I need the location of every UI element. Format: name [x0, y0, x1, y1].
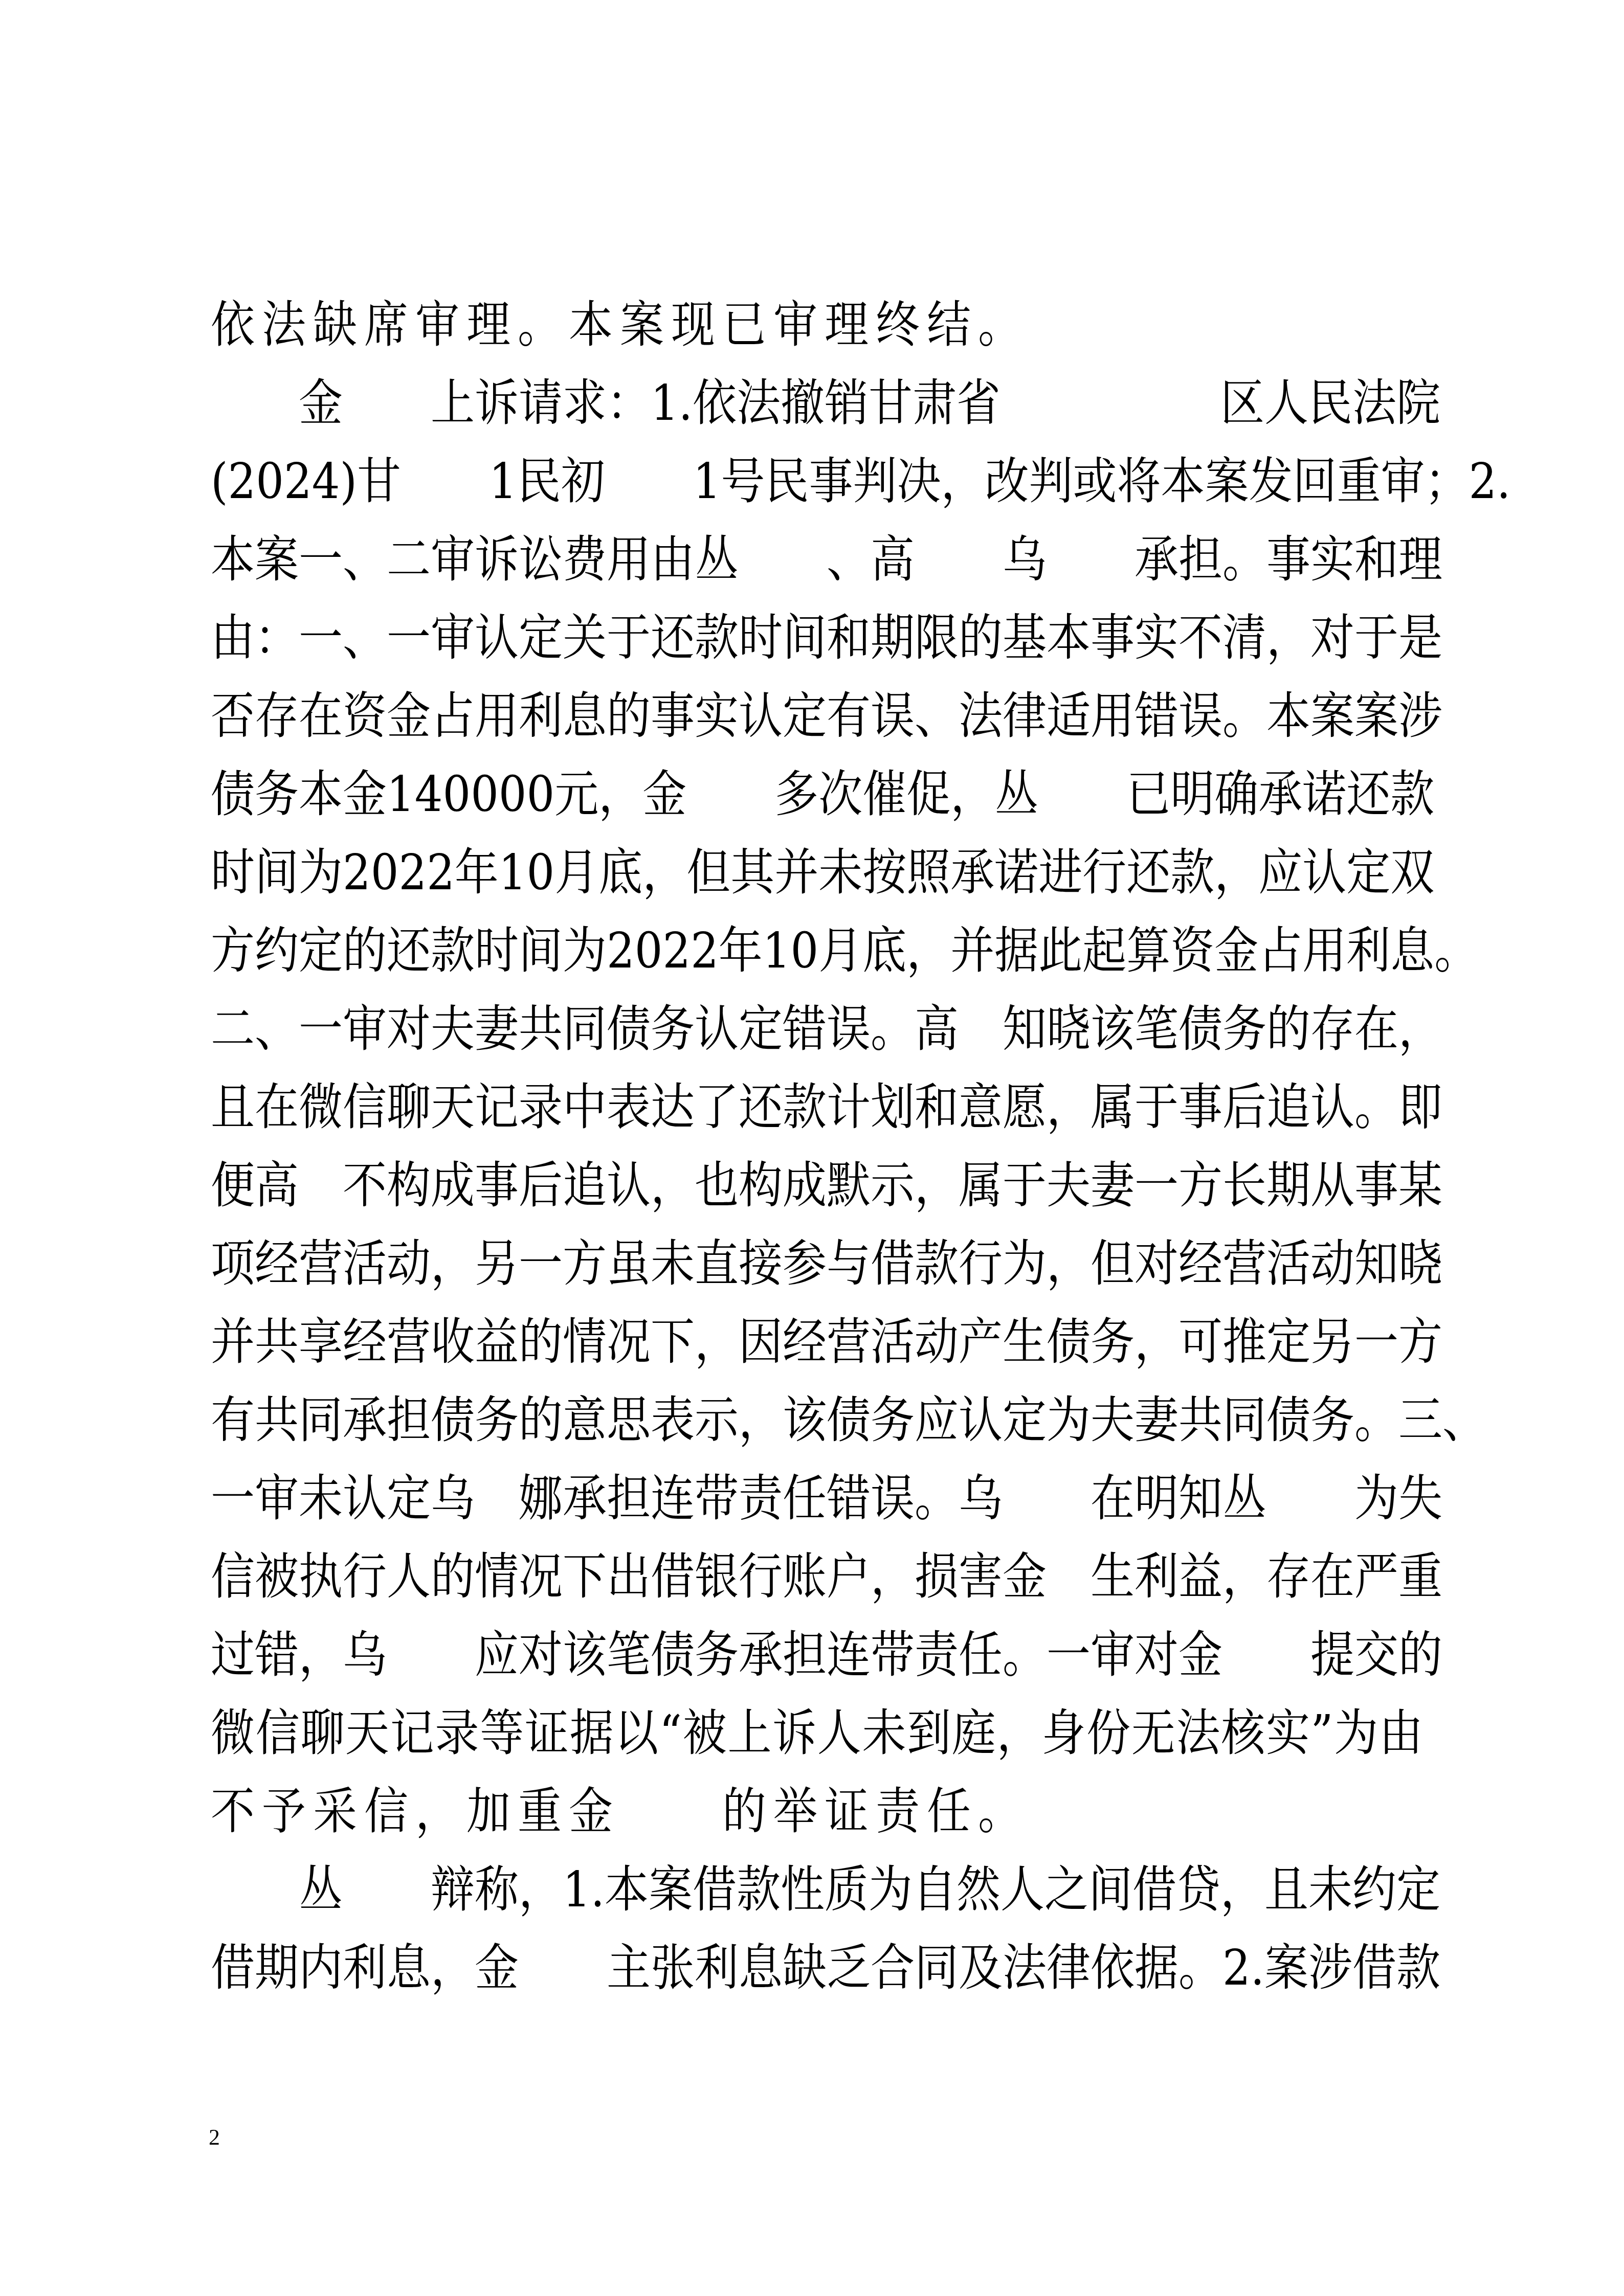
body-text: 依法缺席审理。本案现已审理终结。 金 上诉请求：1.依法撤销甘肃省 区人民法院 …	[211, 286, 1423, 2008]
document-page: 依法缺席审理。本案现已审理终结。 金 上诉请求：1.依法撤销甘肃省 区人民法院 …	[0, 0, 1624, 2296]
paragraph-trial-conclusion: 依法缺席审理。本案现已审理终结。	[211, 286, 1423, 365]
text-line: 微信聊天记录等证据以“被上诉人未到庭，身份无法核实”为由	[211, 1690, 1423, 1777]
text-line: 二、一审对夫妻共同债务认定错误。高 知晓该笔债务的存在，	[211, 986, 1423, 1073]
text-line: 债务本金140000元，金 多次催促，丛 已明确承诺还款	[211, 751, 1423, 839]
text-line: 借期内利息，金 主张利息缺乏合同及法律依据。2.案涉借款	[211, 1925, 1423, 2012]
page-number: 2	[209, 2122, 220, 2153]
text-line: 依法缺席审理。本案现已审理终结。	[211, 282, 1423, 369]
text-line: 项经营活动，另一方虽未直接参与借款行为，但对经营活动知晓	[211, 1221, 1423, 1308]
text-line: 过错，乌 应对该笔债务承担连带责任。一审对金 提交的	[211, 1612, 1423, 1699]
text-line: 丛 辩称，1.本案借款性质为自然人之间借贷，且未约定	[211, 1847, 1423, 1934]
text-line: 有共同承担债务的意思表示，该债务应认定为夫妻共同债务。三、	[211, 1377, 1423, 1465]
text-line: 便高 不构成事后追认，也构成默示，属于夫妻一方长期从事某	[211, 1142, 1423, 1230]
text-line: 一审未认定乌 娜承担连带责任错误。乌 在明知丛 为失	[211, 1455, 1423, 1543]
text-line: 由：一、一审认定关于还款时间和期限的基本事实不清，对于是	[211, 595, 1423, 682]
text-line: 并共享经营收益的情况下，因经营活动产生债务，可推定另一方	[211, 1299, 1423, 1386]
text-line: 方约定的还款时间为2022年10月底，并据此起算资金占用利息。	[211, 908, 1423, 995]
text-line: 信被执行人的情况下出借银行账户，损害金 生利益，存在严重	[211, 1534, 1423, 1621]
text-line: 否存在资金占用利息的事实认定有误、法律适用错误。本案案涉	[211, 673, 1423, 760]
text-line: 时间为2022年10月底，但其并未按照承诺进行还款，应认定双	[211, 829, 1423, 917]
text-line: 金 上诉请求：1.依法撤销甘肃省 区人民法院	[211, 360, 1423, 447]
text-line: 且在微信聊天记录中表达了还款计划和意愿，属于事后追认。即	[211, 1064, 1423, 1152]
text-line: 不予采信，加重金 的举证责任。	[211, 1768, 1423, 1856]
paragraph-appeal-request: 金 上诉请求：1.依法撤销甘肃省 区人民法院 (2024)甘 1民初 1号民事判…	[211, 365, 1423, 1851]
text-line: 本案一、二审诉讼费用由丛 、高 乌 承担。事实和理	[211, 516, 1423, 604]
paragraph-defense-statement: 丛 辩称，1.本案借款性质为自然人之间借贷，且未约定 借期内利息，金 主张利息缺…	[211, 1851, 1423, 2008]
text-line: (2024)甘 1民初 1号民事判决，改判或将本案发回重审；2.	[211, 438, 1423, 526]
